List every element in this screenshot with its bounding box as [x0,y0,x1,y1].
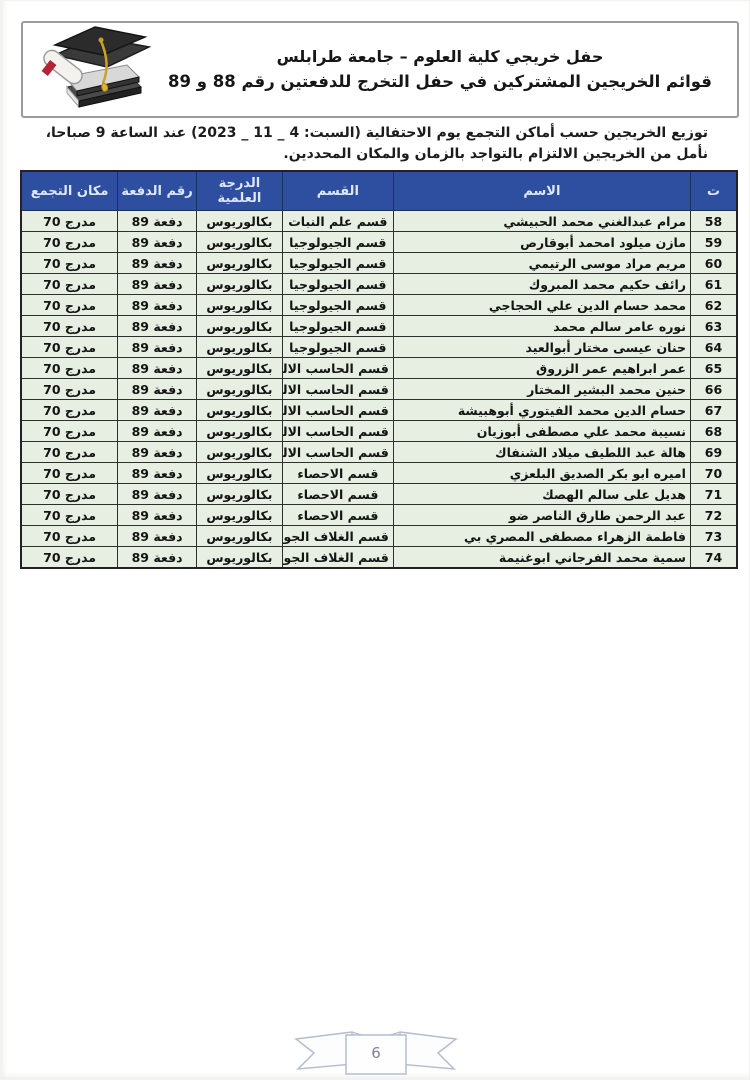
cell-degree: بكالوريوس [196,442,282,463]
cell-batch: دفعة 89 [118,484,197,505]
degree-header-line2: العلمية [217,191,261,206]
cell-dept: قسم الجيولوجيا [282,295,393,316]
cell-name: مرام عبدالغني محمد الحبيشي [393,211,690,232]
cell-no: 72 [690,505,737,526]
cell-dept: قسم الجيولوجيا [282,337,393,358]
cell-batch: دفعة 89 [118,316,197,337]
cell-no: 59 [690,232,737,253]
cell-name: عبد الرحمن طارق الناصر ضو [393,505,690,526]
page-title: حفل خريجي كلية العلوم – جامعة طرابلس [277,45,604,69]
cell-no: 71 [690,484,737,505]
graduates-table-header: ت الاسم القسم الدرجة العلمية رقم الدفعة … [21,171,737,211]
table-row: 67حسام الدين محمد الفيتوري أبوهبيشةقسم ا… [21,400,737,421]
degree-header-line1: الدرجة [219,176,261,191]
cell-batch: دفعة 89 [118,505,197,526]
cell-batch: دفعة 89 [118,295,197,316]
cell-batch: دفعة 89 [118,463,197,484]
cell-no: 67 [690,400,737,421]
cell-no: 65 [690,358,737,379]
cell-place: مدرج 70 [21,358,118,379]
table-row: 62محمد حسام الدين علي الحجاجيقسم الجيولو… [21,295,737,316]
cell-name: نسيبة محمد علي مصطفى أبوزيان [393,421,690,442]
table-row: 63نوره عامر سالم محمدقسم الجيولوجيابكالو… [21,316,737,337]
cell-name: محمد حسام الدين علي الحجاجي [393,295,690,316]
cell-dept: قسم الاحصاء [282,484,393,505]
cell-name: حنين محمد البشير المختار [393,379,690,400]
cell-name: مريم مراد موسى الرتيمي [393,253,690,274]
table-row: 66حنين محمد البشير المختارقسم الحاسب الا… [21,379,737,400]
table-row: 74سمية محمد الفرجاني ابوغنيمةقسم الغلاف … [21,547,737,569]
cell-degree: بكالوريوس [196,484,282,505]
cell-place: مدرج 70 [21,421,118,442]
cell-degree: بكالوريوس [196,274,282,295]
cell-dept: قسم الغلاف الجوي [282,547,393,569]
column-header-batch: رقم الدفعة [118,171,197,211]
table-row: 60مريم مراد موسى الرتيميقسم الجيولوجيابك… [21,253,737,274]
cell-no: 68 [690,421,737,442]
cell-dept: قسم الحاسب الالي [282,442,393,463]
cell-batch: دفعة 89 [118,337,197,358]
table-row: 58مرام عبدالغني محمد الحبيشيقسم علم النب… [21,211,737,232]
cell-place: مدرج 70 [21,547,118,569]
cell-no: 61 [690,274,737,295]
cell-no: 64 [690,337,737,358]
cell-batch: دفعة 89 [118,358,197,379]
cell-place: مدرج 70 [21,379,118,400]
cell-place: مدرج 70 [21,442,118,463]
cell-place: مدرج 70 [21,400,118,421]
column-header-number: ت [690,171,737,211]
cell-degree: بكالوريوس [196,295,282,316]
cell-dept: قسم الحاسب الالي [282,379,393,400]
cell-degree: بكالوريوس [196,379,282,400]
cell-dept: قسم الحاسب الالي [282,421,393,442]
page-subtitle: قوائم الخريجين المشتركين في حفل التخرج ل… [168,69,712,95]
cell-place: مدرج 70 [21,253,118,274]
graduation-cap-logo-icon [37,25,157,113]
column-header-name: الاسم [393,171,690,211]
cell-name: فاطمة الزهراء مصطفى المصري بي [393,526,690,547]
cell-name: رائف حكيم محمد المبروك [393,274,690,295]
cell-no: 63 [690,316,737,337]
cell-degree: بكالوريوس [196,316,282,337]
cell-name: اميره ابو بكر الصديق البلعزي [393,463,690,484]
notice-line-2: نأمل من الخريجين الالتزام بالتواجد بالزم… [40,144,708,165]
cell-batch: دفعة 89 [118,421,197,442]
cell-place: مدرج 70 [21,463,118,484]
cell-dept: قسم علم النبات [282,211,393,232]
cell-degree: بكالوريوس [196,253,282,274]
table-row: 59مازن ميلود امحمد أبوقارصقسم الجيولوجيا… [21,232,737,253]
cell-batch: دفعة 89 [118,211,197,232]
cell-degree: بكالوريوس [196,232,282,253]
table-row: 65عمر ابراهيم عمر الزروققسم الحاسب الالي… [21,358,737,379]
cell-place: مدرج 70 [21,295,118,316]
notice-line-1: توزيع الخريجين حسب أماكن التجمع يوم الاح… [40,123,708,144]
column-header-degree: الدرجة العلمية [196,171,282,211]
cell-place: مدرج 70 [21,232,118,253]
cell-degree: بكالوريوس [196,547,282,569]
cell-dept: قسم الجيولوجيا [282,316,393,337]
cell-name: حسام الدين محمد الفيتوري أبوهبيشة [393,400,690,421]
cell-dept: قسم الجيولوجيا [282,274,393,295]
table-row: 73فاطمة الزهراء مصطفى المصري بيقسم الغلا… [21,526,737,547]
column-header-place: مكان التجمع [21,171,118,211]
cell-name: هديل على سالم الهصك [393,484,690,505]
cell-batch: دفعة 89 [118,547,197,569]
cell-degree: بكالوريوس [196,526,282,547]
cell-degree: بكالوريوس [196,211,282,232]
cell-batch: دفعة 89 [118,400,197,421]
graduates-table-body: 58مرام عبدالغني محمد الحبيشيقسم علم النب… [21,211,737,569]
table-row: 69هالة عبد اللطيف ميلاد الشنفاكقسم الحاس… [21,442,737,463]
cell-name: حنان عيسى مختار أبوالعيد [393,337,690,358]
header-titles: حفل خريجي كلية العلوم – جامعة طرابلس قوا… [153,23,727,116]
cell-batch: دفعة 89 [118,232,197,253]
cell-no: 70 [690,463,737,484]
cell-name: هالة عبد اللطيف ميلاد الشنفاك [393,442,690,463]
cell-dept: قسم الحاسب الالي [282,400,393,421]
cell-degree: بكالوريوس [196,463,282,484]
cell-batch: دفعة 89 [118,274,197,295]
cell-no: 58 [690,211,737,232]
cell-batch: دفعة 89 [118,253,197,274]
table-row: 68نسيبة محمد علي مصطفى أبوزيانقسم الحاسب… [21,421,737,442]
cell-degree: بكالوريوس [196,337,282,358]
cell-no: 62 [690,295,737,316]
cell-name: عمر ابراهيم عمر الزروق [393,358,690,379]
table-row: 70اميره ابو بكر الصديق البلعزيقسم الاحصا… [21,463,737,484]
cell-batch: دفعة 89 [118,526,197,547]
document-page: حفل خريجي كلية العلوم – جامعة طرابلس قوا… [0,0,750,1080]
cell-dept: قسم الجيولوجيا [282,253,393,274]
cell-no: 66 [690,379,737,400]
cell-dept: قسم الجيولوجيا [282,232,393,253]
cell-name: سمية محمد الفرجاني ابوغنيمة [393,547,690,569]
gathering-notice: توزيع الخريجين حسب أماكن التجمع يوم الاح… [40,123,708,165]
cell-degree: بكالوريوس [196,400,282,421]
cell-place: مدرج 70 [21,316,118,337]
cell-no: 74 [690,547,737,569]
page-number-ribbon: 6 [290,1024,462,1078]
cell-place: مدرج 70 [21,505,118,526]
cell-place: مدرج 70 [21,274,118,295]
cell-dept: قسم الغلاف الجوي [282,526,393,547]
cell-batch: دفعة 89 [118,379,197,400]
cell-degree: بكالوريوس [196,505,282,526]
cell-name: مازن ميلود امحمد أبوقارص [393,232,690,253]
page-number: 6 [290,1036,462,1070]
cell-place: مدرج 70 [21,484,118,505]
cell-no: 69 [690,442,737,463]
table-row: 72عبد الرحمن طارق الناصر ضوقسم الاحصاءبك… [21,505,737,526]
cell-name: نوره عامر سالم محمد [393,316,690,337]
header-row: ت الاسم القسم الدرجة العلمية رقم الدفعة … [21,171,737,211]
cell-dept: قسم الاحصاء [282,505,393,526]
cell-batch: دفعة 89 [118,442,197,463]
cell-place: مدرج 70 [21,337,118,358]
document-header: حفل خريجي كلية العلوم – جامعة طرابلس قوا… [21,21,739,118]
cell-place: مدرج 70 [21,526,118,547]
table-row: 64حنان عيسى مختار أبوالعيدقسم الجيولوجيا… [21,337,737,358]
graduates-table: ت الاسم القسم الدرجة العلمية رقم الدفعة … [20,170,738,569]
cell-degree: بكالوريوس [196,358,282,379]
table-row: 71هديل على سالم الهصكقسم الاحصاءبكالوريو… [21,484,737,505]
cell-no: 73 [690,526,737,547]
cell-no: 60 [690,253,737,274]
cell-dept: قسم الحاسب الالي [282,358,393,379]
column-header-department: القسم [282,171,393,211]
cell-degree: بكالوريوس [196,421,282,442]
cell-place: مدرج 70 [21,211,118,232]
table-row: 61رائف حكيم محمد المبروكقسم الجيولوجيابك… [21,274,737,295]
cell-dept: قسم الاحصاء [282,463,393,484]
